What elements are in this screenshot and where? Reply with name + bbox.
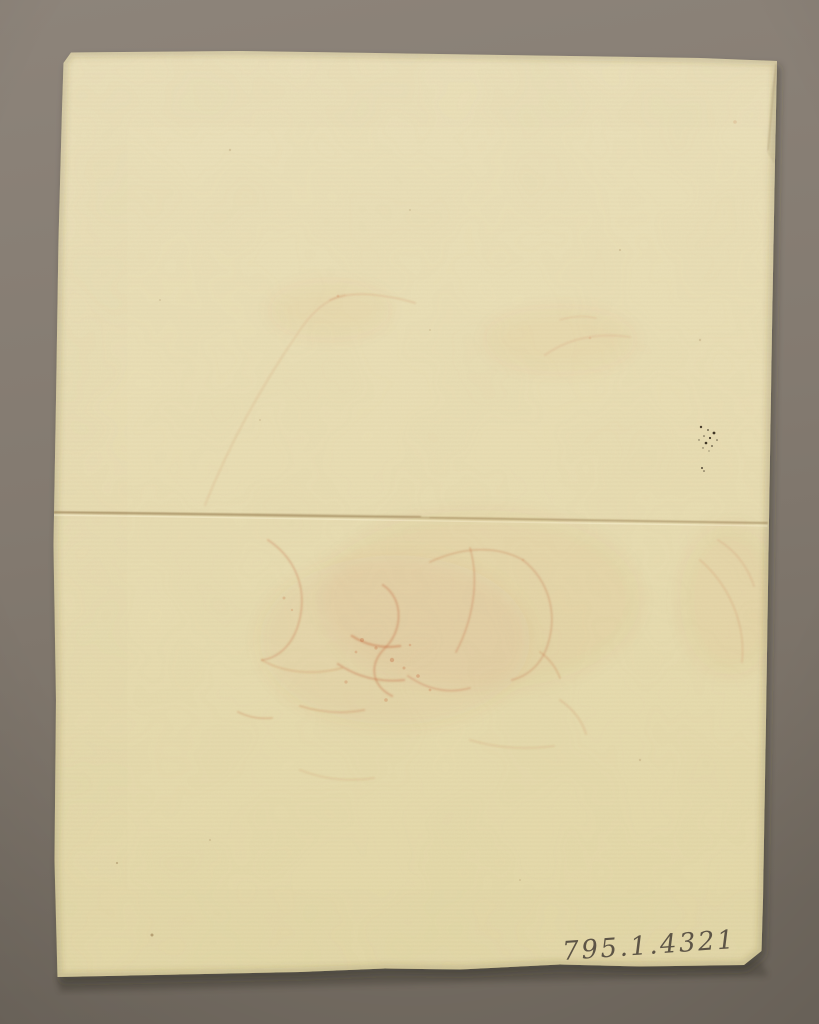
photograph-frame: 795.1.4321 <box>0 0 819 1024</box>
photo-canvas: 795.1.4321 <box>0 0 819 1024</box>
